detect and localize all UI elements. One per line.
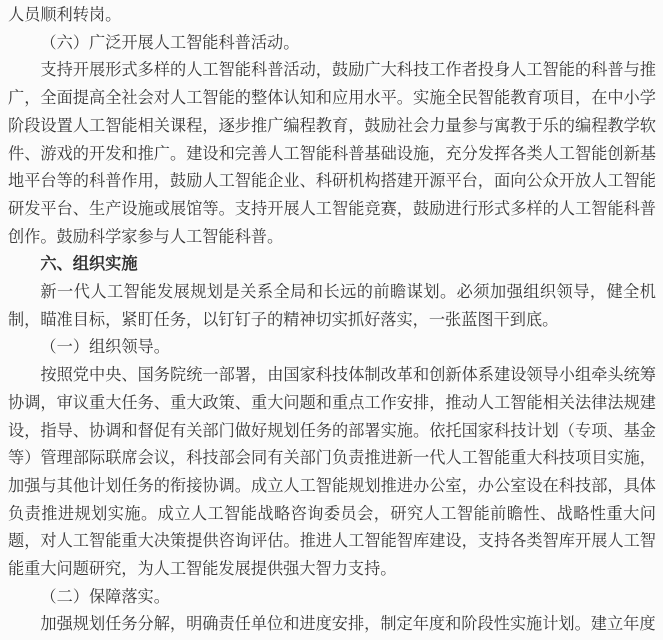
paragraph-science-popularization: 支持开展形式多样的人工智能科普活动，鼓励广大科技工作者投身人工智能的科普与推广，… [8,57,656,251]
paragraph-plan-overview: 新一代人工智能发展规划是关系全局和长远的前瞻谋划。必须加强组织领导，健全机制，瞄… [8,279,656,334]
subsection-heading-6: （六）广泛开展人工智能科普活动。 [8,30,656,58]
chapter-heading-organization: 六、组织实施 [8,251,656,279]
subsection-heading-1: （一）组织领导。 [8,334,656,362]
paragraph-implementation-guarantee: 加强规划任务分解，明确责任单位和进度安排，制定年度和阶段性实施计划。建立年度 [8,611,656,639]
subsection-heading-2: （二）保障落实。 [8,584,656,612]
paragraph-organizational-leadership: 按照党中央、国务院统一部署，由国家科技体制改革和创新体系建设领导小组牵头统筹协调… [8,362,656,584]
document-page: 人员顺利转岗。 （六）广泛开展人工智能科普活动。 支持开展形式多样的人工智能科普… [0,0,663,640]
paragraph-continuation: 人员顺利转岗。 [8,2,656,30]
